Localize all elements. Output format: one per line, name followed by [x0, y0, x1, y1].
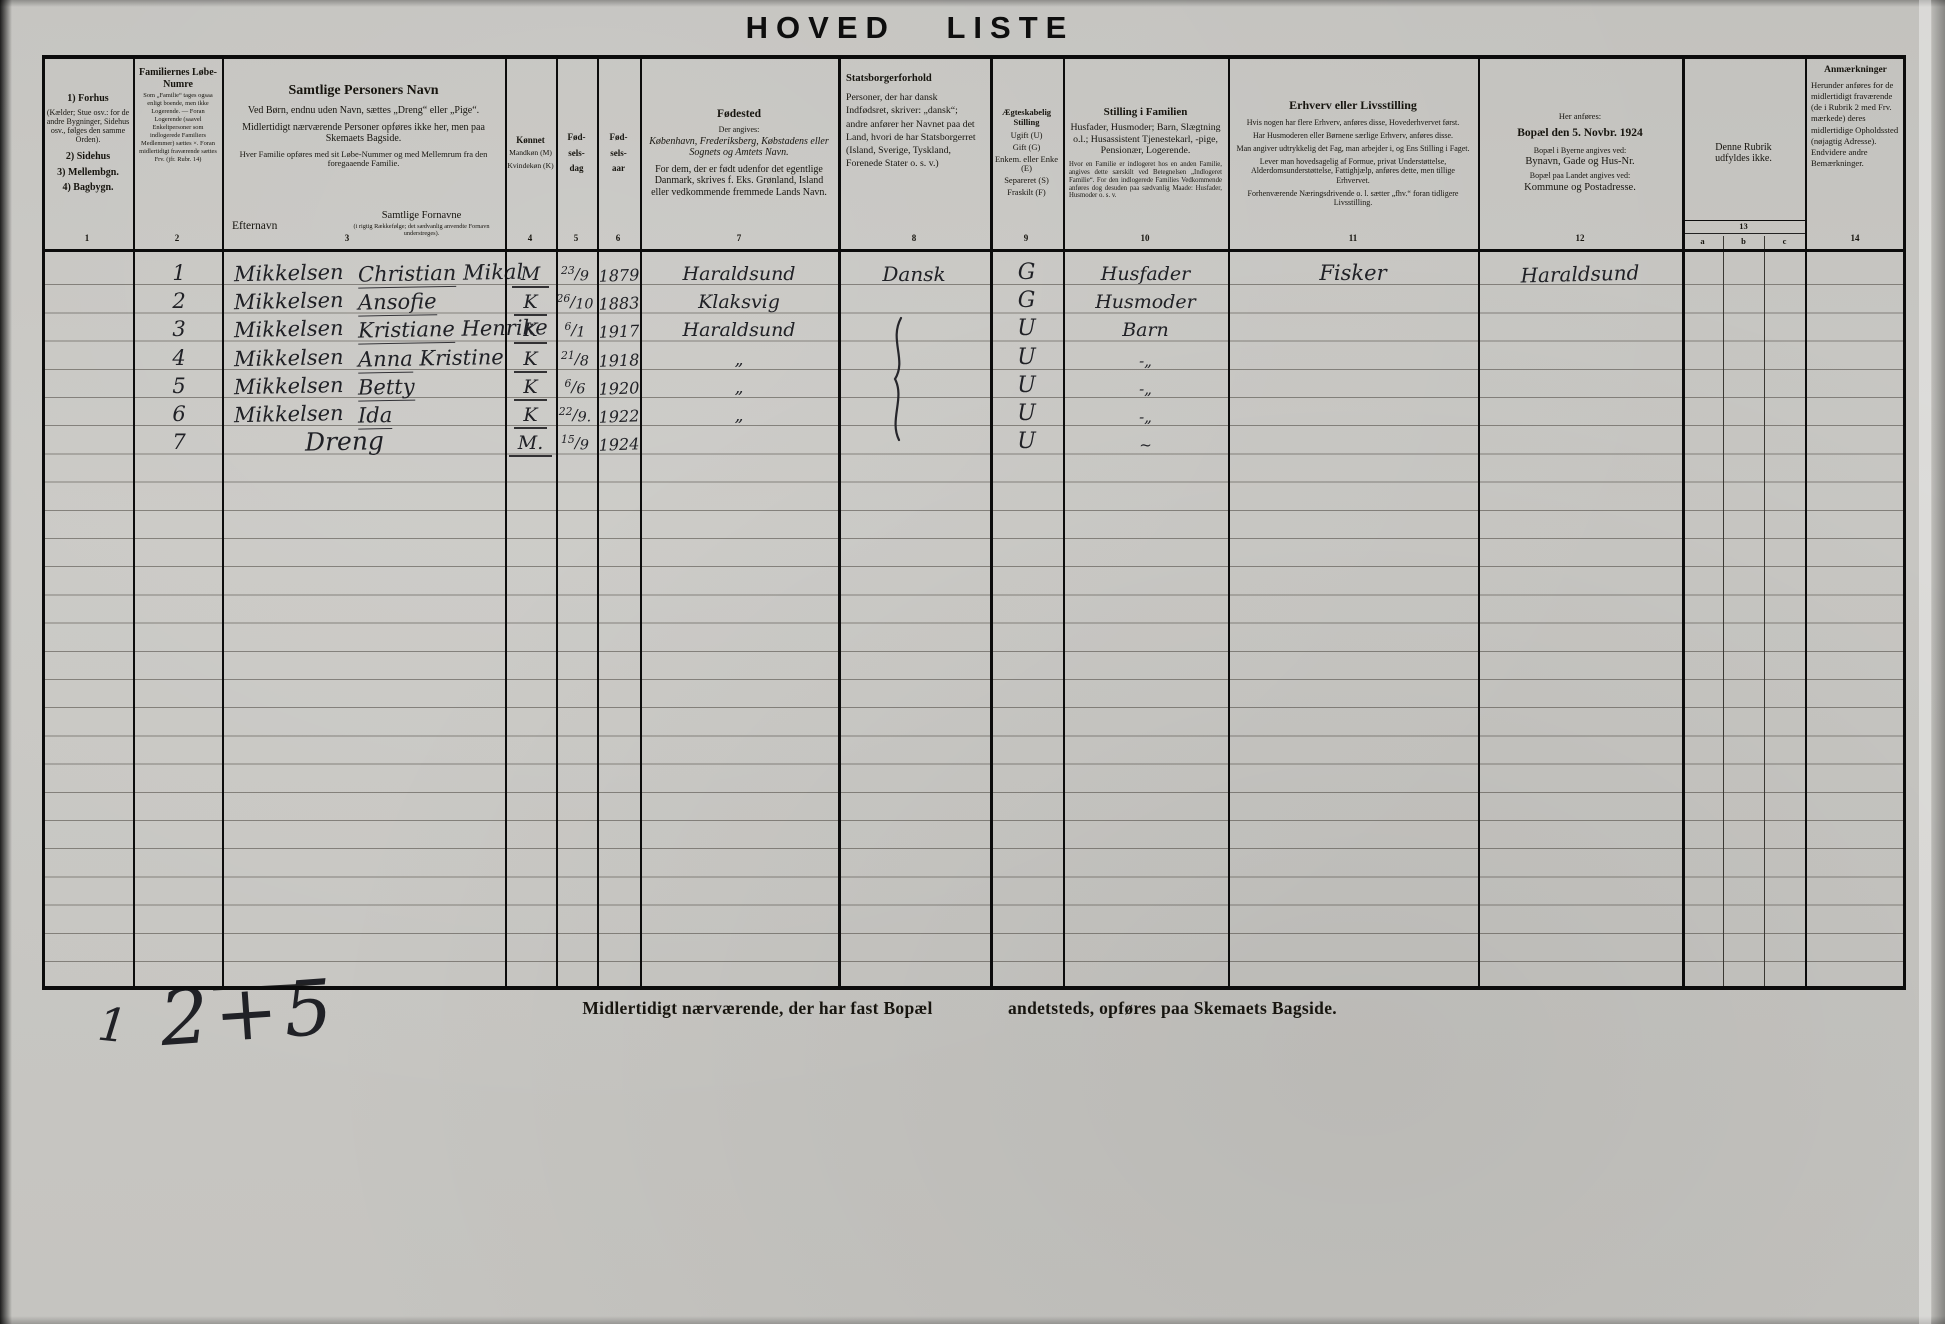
cell-birthplace: Haraldsund	[640, 265, 838, 284]
cell-family-number: 2	[140, 291, 218, 312]
cell-marital: U	[990, 403, 1063, 425]
cell-surname: Mikkelsen	[234, 375, 354, 399]
cell-marital: G	[990, 290, 1063, 312]
cell-family-number: 6	[140, 404, 218, 425]
subcolumn-a: a	[1682, 234, 1723, 249]
cell-birth-day: 23/9	[552, 266, 598, 284]
column-divider	[1682, 55, 1685, 988]
cell-citizenship: Dansk	[838, 264, 990, 284]
cell-birth-day: 6/6	[552, 379, 598, 397]
column-divider	[597, 55, 599, 988]
column-number-1: 1	[65, 233, 109, 243]
column-number-14: 14	[1833, 233, 1877, 243]
cell-birth-day: 6/1	[552, 323, 598, 341]
column-divider	[222, 55, 224, 988]
column-number-13: 13	[1682, 220, 1805, 234]
column-header-family-number: Familier­nes Løbe-Numre Som „Familie“ ta…	[135, 59, 221, 247]
cell-surname: Mikkelsen	[234, 346, 354, 370]
column-header-birth-year: Fød- sels- aar	[597, 59, 640, 247]
column-header-name: Samtlige Personers Navn Ved Børn, endnu …	[224, 59, 503, 247]
column-header-occupation: Erhverv eller Livsstilling Hvis nogen ha…	[1230, 59, 1476, 247]
cell-surname: Mikkelsen	[234, 262, 354, 286]
cell-sex: K	[505, 406, 556, 425]
cell-birthplace: Klaksvig	[640, 293, 838, 312]
scan-edge-bottom	[0, 1316, 1945, 1324]
column-header-citizenship: Statsborgerforhold Personer, der har dan…	[840, 59, 988, 247]
cell-birth-year: 1879	[596, 267, 643, 285]
cell-family-number: 4	[140, 348, 218, 369]
column-number-10: 10	[1123, 233, 1167, 243]
column-number-5: 5	[554, 233, 598, 243]
cell-family-number: 1	[140, 263, 218, 284]
column-number-6: 6	[596, 233, 640, 243]
column-number-4: 4	[508, 233, 552, 243]
cell-occupation: Fisker	[1228, 263, 1478, 284]
cell-sex: M	[505, 265, 556, 284]
cell-family-position: Barn	[1063, 321, 1228, 340]
cell-family-position: -„	[1063, 382, 1228, 397]
column-13-subheader: 13 a b c	[1682, 220, 1805, 249]
cell-birth-year: 1883	[596, 295, 643, 313]
column-divider	[1478, 55, 1480, 988]
page-title: HOVED LISTE	[630, 10, 1190, 46]
cell-sex: K	[505, 293, 556, 312]
table-row: 7DrengM.15/91924U~	[0, 427, 1945, 454]
table-row: 2MikkelsenAnsofieK26/101883KlaksvigGHusm…	[0, 286, 1945, 313]
column-divider	[133, 55, 135, 988]
column-header-remarks: Anmærkninger Herunder anfø­res for de mi…	[1807, 59, 1904, 247]
cell-family-number: 5	[140, 376, 218, 397]
column-divider	[556, 55, 558, 988]
cell-family-position: -„	[1063, 354, 1228, 369]
column-number-11: 11	[1331, 233, 1375, 243]
cell-surname: Mikkelsen	[234, 290, 354, 314]
cell-family-number: 3	[140, 319, 218, 340]
column-header-marital: Ægte­skabelig Stilling Ugift (U) Gift (G…	[990, 59, 1063, 247]
subheader-surname: Efternavn	[232, 220, 277, 233]
subcolumn-c: c	[1764, 234, 1805, 249]
cell-sex: K	[505, 350, 556, 369]
cell-marital: U	[990, 318, 1063, 340]
scan-edge-top	[0, 0, 1945, 7]
column-header-sex: Kønnet Mandkøn (M) Kvinde­køn (K)	[505, 59, 556, 247]
column-header-blank: Denne Rubrik udfyldes ikke.	[1684, 59, 1803, 247]
column-divider	[505, 55, 507, 988]
column-divider	[1063, 55, 1065, 988]
table-row: 5MikkelsenBettyK6/61920„U-„	[0, 371, 1945, 398]
column-divider	[990, 55, 993, 988]
cell-birthplace: Haraldsund	[640, 321, 838, 340]
cell-birthplace: „	[640, 408, 838, 425]
column-number-7: 7	[717, 233, 761, 243]
cell-given-names: Dreng	[305, 427, 485, 455]
cell-marital: G	[990, 262, 1063, 284]
cell-family-position: Husfader	[1063, 265, 1228, 284]
scan-edge-left	[0, 0, 12, 1324]
cell-birth-day: 21/8	[552, 351, 598, 369]
column-header-birthplace: Fødested Der angives: København, Frederi…	[642, 59, 836, 247]
cell-marital: U	[990, 431, 1063, 453]
cell-birth-day: 15/9	[552, 435, 598, 453]
cell-family-position: ~	[1063, 438, 1228, 453]
cell-marital: U	[990, 347, 1063, 369]
column-divider	[1805, 55, 1807, 988]
subcolumn-divider	[1764, 236, 1765, 987]
table-row: 4MikkelsenAnna KristineK21/81918„U-„	[0, 343, 1945, 370]
column-number-2: 2	[155, 233, 199, 243]
cell-family-position: -„	[1063, 410, 1228, 425]
column-number-12: 12	[1558, 233, 1602, 243]
column-number-8: 8	[892, 233, 936, 243]
cell-sex: K	[505, 321, 556, 340]
cell-sex: M.	[505, 434, 556, 453]
cell-birth-day: 26/10	[552, 294, 598, 312]
cell-family-position: Husmoder	[1063, 293, 1228, 312]
cell-birth-year: 1924	[596, 436, 643, 454]
column-number-3: 3	[325, 233, 369, 243]
handwritten-mark-small: 1	[95, 997, 130, 1054]
cell-birth-year: 1922	[596, 408, 643, 426]
cell-residence: Haraldsund	[1478, 261, 1682, 286]
column-header-residence: Her anføres: Bopæl den 5. Novbr. 1924 Bo…	[1480, 59, 1680, 247]
cell-sex: K	[505, 378, 556, 397]
footer-note-left: Midlertidigt nærværende, der har fast Bo…	[520, 998, 995, 1019]
cell-marital: U	[990, 375, 1063, 397]
subcolumn-b: b	[1723, 234, 1764, 249]
row-divider	[42, 249, 1906, 252]
row-divider	[42, 55, 1906, 59]
scan-edge-right-dark	[1932, 0, 1945, 1324]
column-divider	[640, 55, 642, 988]
cell-surname: Mikkelsen	[234, 318, 354, 342]
column-header-family-position: Stilling i Familien Husfader, Husmoder; …	[1065, 59, 1226, 247]
cell-birth-year: 1917	[596, 324, 643, 342]
column-divider	[42, 55, 45, 988]
column-header-building: 1) Forhus (Kælder; Stue osv.: for de and…	[44, 59, 132, 247]
table-row: 6MikkelsenIdaK22/9.1922„U-„	[0, 399, 1945, 426]
cell-surname: Mikkelsen	[234, 403, 354, 427]
row-divider	[42, 986, 1906, 990]
table-row: 1MikkelsenChristian MikalM23/91879Harald…	[0, 258, 1945, 285]
table-row: 3MikkelsenKristiane HenrikeK6/11917Haral…	[0, 314, 1945, 341]
census-form-scan: HOVED LISTE 1) Forhus (Kælder; Stue osv.…	[0, 0, 1945, 1324]
cell-birthplace: „	[640, 380, 838, 397]
footer-note-right: andetsteds, opføres paa Skemaets Bagside…	[1008, 998, 1337, 1019]
column-header-birth-day: Fød- sels- dag	[556, 59, 597, 247]
row-divider	[1682, 220, 1805, 221]
subcolumn-divider	[1723, 236, 1724, 987]
scan-edge-right-light	[1919, 0, 1931, 1324]
column-number-9: 9	[1004, 233, 1048, 243]
column-divider	[1228, 55, 1230, 988]
cell-family-number: 7	[140, 432, 218, 453]
cell-birth-year: 1920	[596, 380, 643, 398]
cell-birth-day: 22/9.	[552, 407, 598, 425]
column-divider	[1903, 55, 1906, 988]
cell-birthplace: „	[640, 352, 838, 369]
column-divider	[838, 55, 841, 988]
handwritten-mark-large: 2+5	[157, 962, 341, 1063]
ditto-brace	[884, 316, 910, 442]
cell-birth-year: 1918	[596, 352, 643, 370]
